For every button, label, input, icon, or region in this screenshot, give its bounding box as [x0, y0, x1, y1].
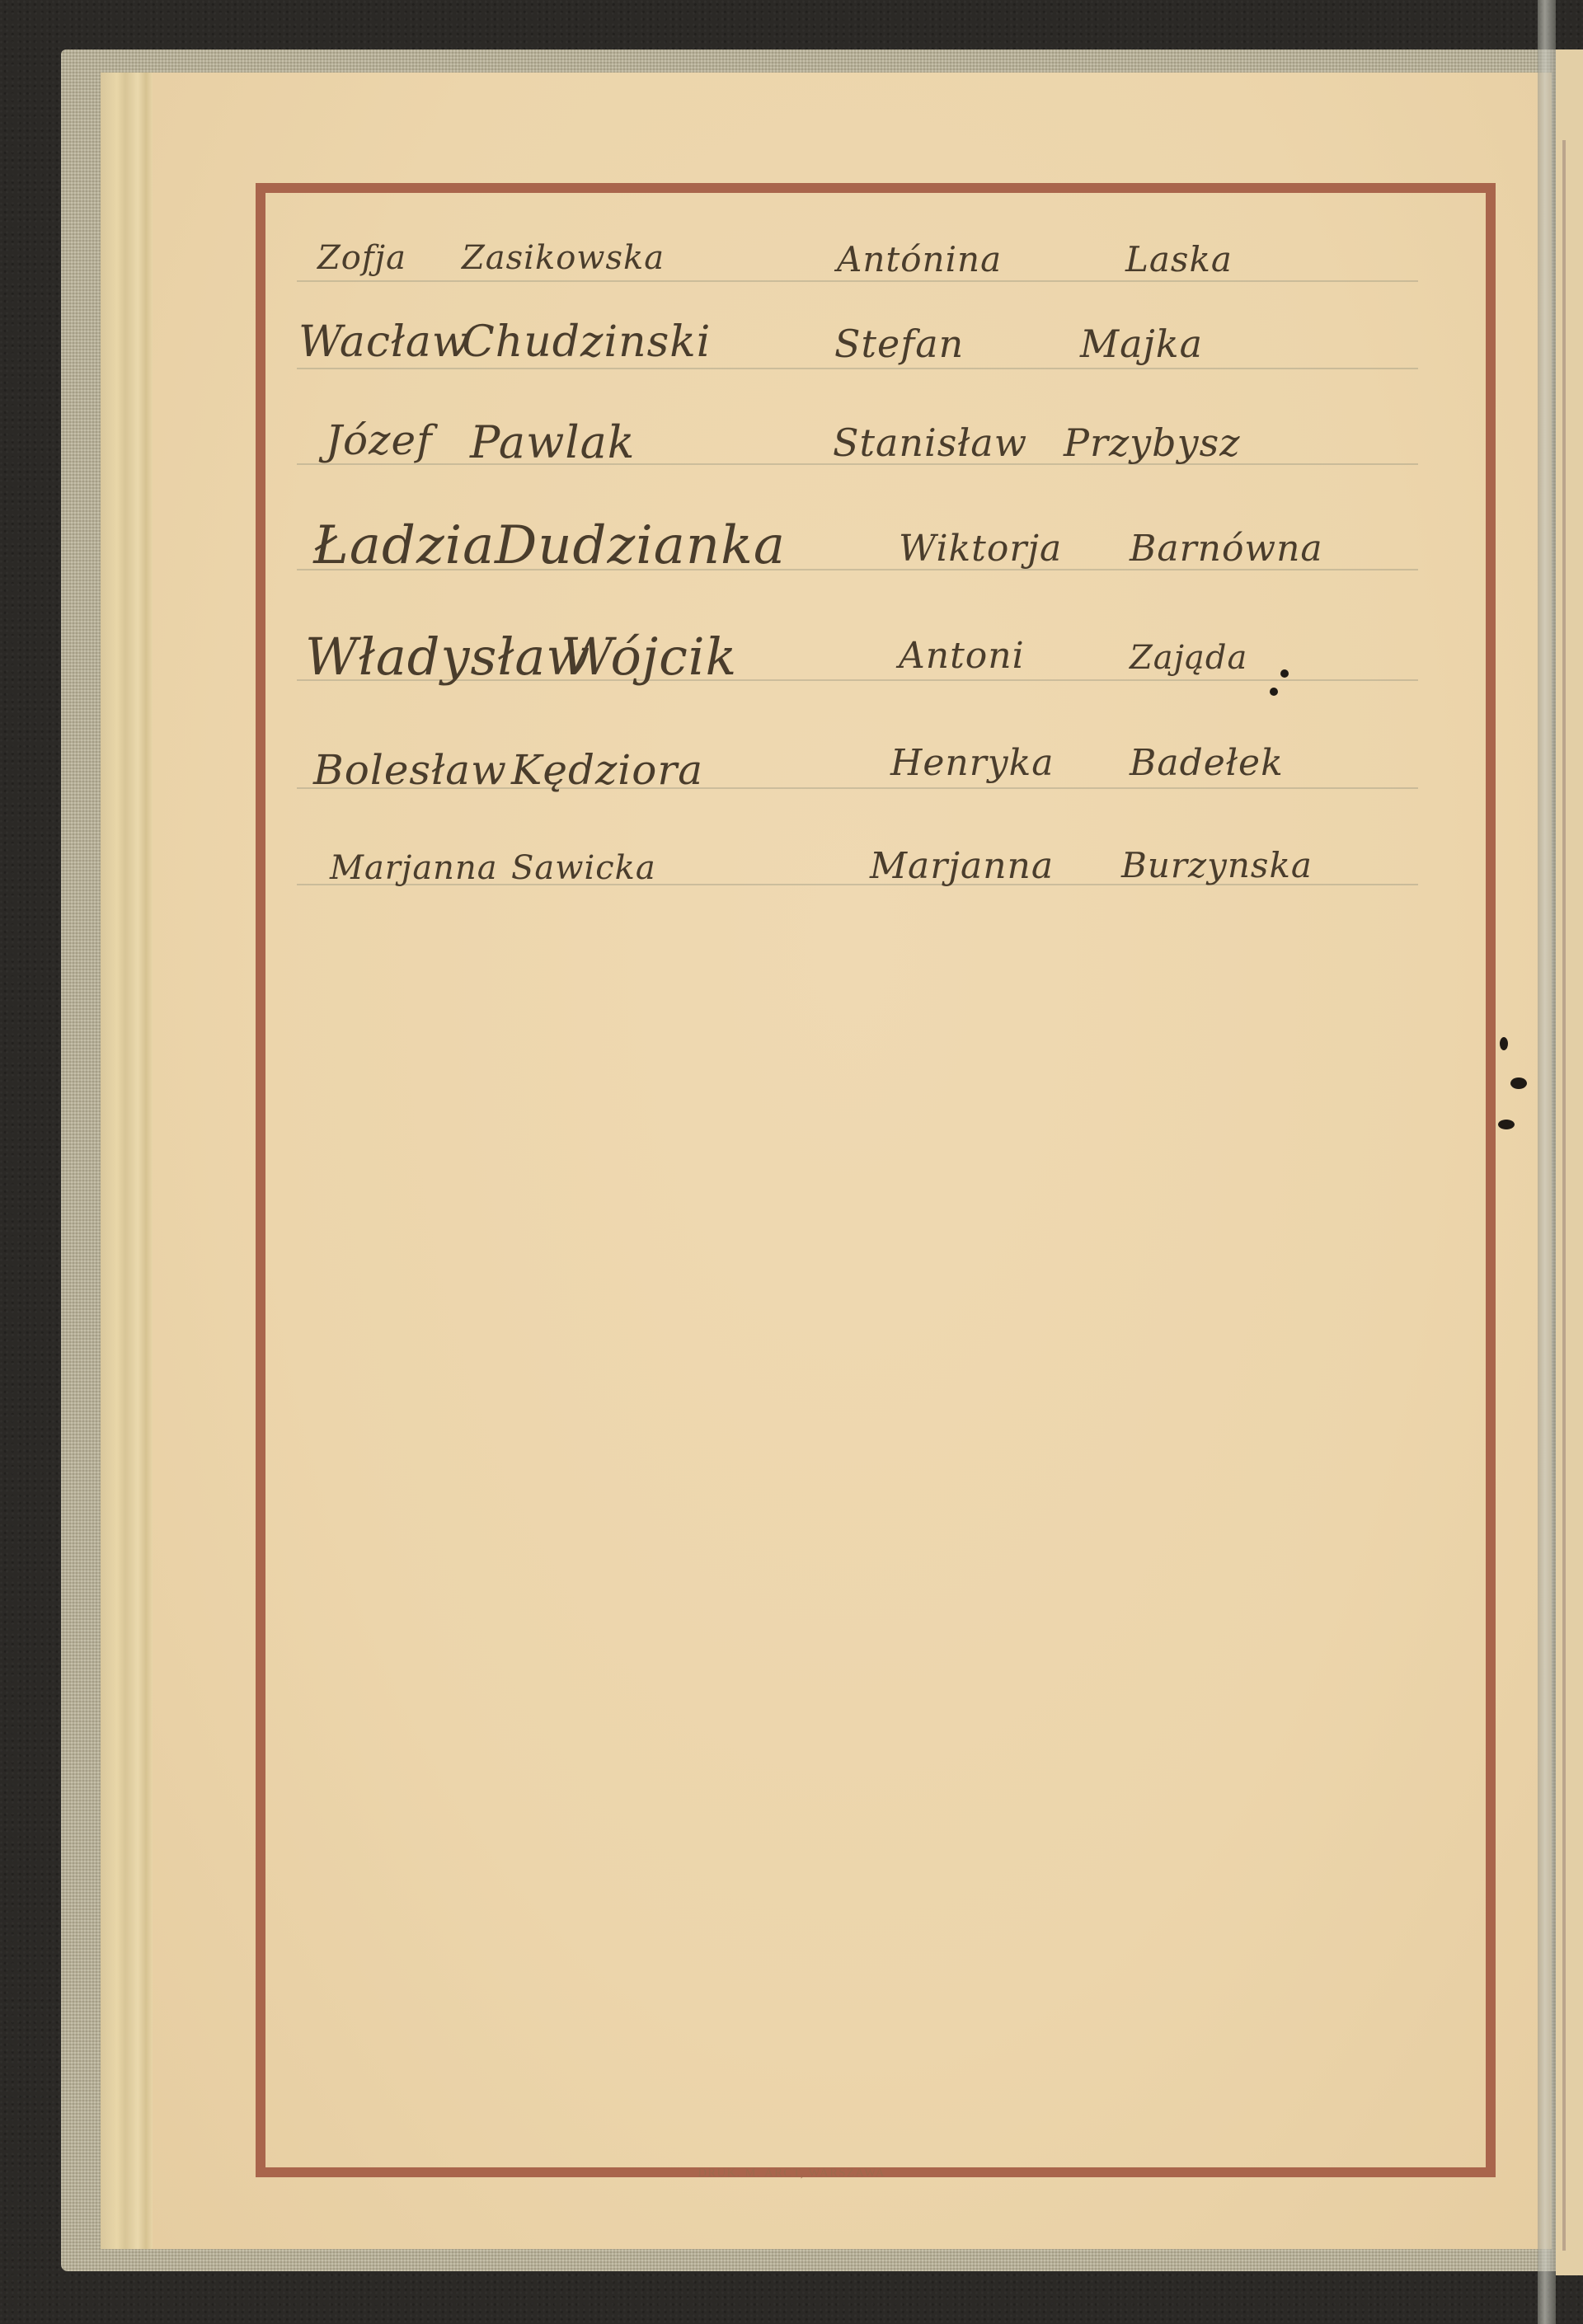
- entry-last-name: Chudzinski: [462, 317, 711, 367]
- entry-last-name: Kędziora: [511, 746, 703, 794]
- entry-first-name: Marjanna: [870, 845, 1054, 887]
- entry-first-name: Antoni: [899, 635, 1025, 677]
- entry-last-name: Zająda: [1130, 639, 1247, 677]
- entry-first-name: Zofja: [317, 239, 406, 277]
- adjacent-page-edge: [1556, 49, 1583, 2275]
- ink-dot: [1500, 1037, 1508, 1050]
- entry-last-name: Majka: [1080, 322, 1203, 366]
- entry-last-name: Pawlak: [470, 416, 636, 468]
- entry-first-name: Bolesław: [313, 746, 507, 794]
- entry-first-name: Antónina: [837, 239, 1002, 279]
- adjacent-page-frame: [1562, 140, 1583, 2251]
- glass-plate-edge: [1538, 0, 1556, 2324]
- entry-last-name: Burzynska: [1121, 845, 1313, 885]
- entry-first-name: Wiktorja: [899, 528, 1062, 570]
- ink-dot: [1498, 1120, 1515, 1129]
- entry-first-name: Ładzia: [313, 515, 495, 576]
- ink-dot: [1510, 1077, 1527, 1089]
- entry-last-name: Wójcik: [561, 627, 737, 687]
- entry-last-name: Sawicka: [511, 849, 656, 887]
- entry-first-name: Władysław: [305, 627, 590, 687]
- entry-last-name: Barnówna: [1130, 528, 1323, 570]
- entry-first-name: Stefan: [834, 322, 964, 366]
- entry-first-name: Wacław: [298, 317, 469, 367]
- printed-red-frame: [256, 183, 1496, 2177]
- entry-first-name: Stanisław: [833, 420, 1027, 465]
- ruled-line: [297, 368, 1418, 369]
- entry-last-name: Przybysz: [1064, 420, 1240, 465]
- entry-last-name: Badełek: [1130, 742, 1284, 784]
- ruled-line: [297, 280, 1418, 282]
- entry-first-name: Marjanna: [330, 849, 498, 887]
- entry-first-name: Józef: [326, 416, 433, 464]
- entry-last-name: Zasikowska: [462, 239, 665, 277]
- ink-dot: [1280, 669, 1289, 678]
- entry-last-name: Dudzianka: [495, 515, 786, 576]
- ink-dot: [1270, 688, 1278, 696]
- entry-last-name: Laska: [1125, 239, 1233, 279]
- entry-first-name: Henryka: [890, 742, 1055, 784]
- printer-imprint: DRUK. M. ARCT, WARSZAWA: [0, 2167, 1583, 2181]
